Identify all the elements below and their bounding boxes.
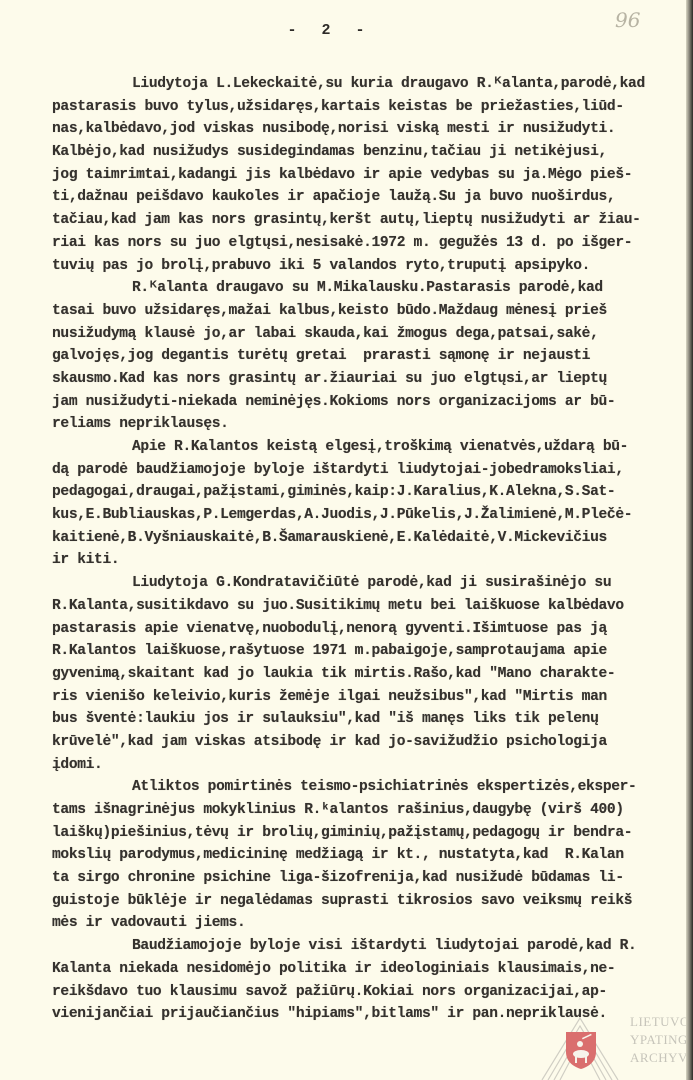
text-line: R.Kalantos laiškuose,rašytuose 1971 m.pa… xyxy=(52,640,692,663)
text-line: mės ir vadovauti jiems. xyxy=(52,912,692,935)
text-line: R.ᴷalanta draugavo su M.Mikalausku.Pasta… xyxy=(52,277,692,300)
text-line: dą parodė baudžiamojoje byloje ištardyti… xyxy=(52,459,692,482)
text-line: tuvių pas jo brolį,prabuvo iki 5 valando… xyxy=(52,255,692,278)
text-line: ti,dažnau peišdavo kaukoles ir apačioje … xyxy=(52,186,692,209)
text-line: galvojęs,jog degantis turėtų gretai prar… xyxy=(52,345,692,368)
text-line: įdomi. xyxy=(52,754,692,777)
text-line: jam nusižudyti-niekada neminėjęs.Kokioms… xyxy=(52,391,692,414)
watermark-line-3: ARCHYVAS xyxy=(630,1050,693,1066)
text-line: Kalanta niekada nesidomėjo politika ir i… xyxy=(52,958,692,981)
text-line: Baudžiamojoje byloje visi ištardyti liud… xyxy=(52,935,692,958)
text-line: nusižudymą klausė jo,ar labai skauda,kai… xyxy=(52,323,692,346)
text-line: laiškų)piešinius,tėvų ir brolių,giminių,… xyxy=(52,822,692,845)
text-line: gyvenimą,skaitant kad jo laukia tik mirt… xyxy=(52,663,692,686)
archive-watermark: LIETUVOS YPATINGASIS ARCHYVAS xyxy=(532,1016,692,1080)
text-line: kus,E.Bubliauskas,P.Lemgerdas,A.Juodis,J… xyxy=(52,504,692,527)
watermark-line-2: YPATINGASIS xyxy=(630,1032,693,1048)
document-page: - 2 - 96 Liudytoja L.Lekeckaitė,su kuria… xyxy=(0,0,686,1080)
watermark-line-1: LIETUVOS xyxy=(630,1014,693,1030)
text-line: kaitienė,B.Vyšniauskaitė,B.Šamarauskienė… xyxy=(52,527,692,550)
text-line: pastarasis apie vienatvę,nuobodulį,nenor… xyxy=(52,618,692,641)
page-number: - 2 - xyxy=(0,22,660,39)
archive-sheet-number: 96 xyxy=(615,8,640,32)
text-line: tačiau,kad jam kas nors grasintų,keršt a… xyxy=(52,209,692,232)
vytis-coat-of-arms-icon xyxy=(564,1030,598,1070)
page-edge-shadow xyxy=(686,0,693,1080)
text-line: Liudytoja L.Lekeckaitė,su kuria draugavo… xyxy=(52,73,692,96)
text-line: R.Kalanta,susitikdavo su juo.Susitikimų … xyxy=(52,595,692,618)
text-line: jog taimrimtai,kadangi jis kalbėdavo ir … xyxy=(52,164,692,187)
text-line: Kalbėjo,kad nusižudys susidegindamas ben… xyxy=(52,141,692,164)
text-line: ta sirgo chronine psichine liga-šizofren… xyxy=(52,867,692,890)
text-line: guistoje būklėje ir negalėdamas suprasti… xyxy=(52,890,692,913)
text-line: reliams nepriklausęs. xyxy=(52,413,692,436)
text-line: tasai buvo užsidaręs,mažai kalbus,keisto… xyxy=(52,300,692,323)
text-line: Liudytoja G.Kondratavičiūtė parodė,kad j… xyxy=(52,572,692,595)
text-line: riai kas nors su juo elgtųsi,nesisakė.19… xyxy=(52,232,692,255)
text-line: Apie R.Kalantos keistą elgesį,troškimą v… xyxy=(52,436,692,459)
text-line: bus šventė:laukiu jos ir sulauksiu",kad … xyxy=(52,708,692,731)
text-line: pastarasis buvo tylus,užsidaręs,kartais … xyxy=(52,96,692,119)
text-line: nas,kalbėdavo,jod viskas nusibodę,norisi… xyxy=(52,118,692,141)
text-line: ir kiti. xyxy=(52,549,692,572)
document-body: Liudytoja L.Lekeckaitė,su kuria draugavo… xyxy=(52,73,692,1026)
text-line: pedagogai,draugai,pažįstami,giminės,kaip… xyxy=(52,481,692,504)
text-line: krūvelė",kad jam viskas atsibodę ir kad … xyxy=(52,731,692,754)
text-line: tams išnagrinėjus mokyklinius R.ᵏalantos… xyxy=(52,799,692,822)
text-line: reikšdavo tuo klausimu savož pažiūrų.Kok… xyxy=(52,981,692,1004)
text-line: Atliktos pomirtinės teismo-psichiatrinės… xyxy=(52,776,692,799)
text-line: mokslių parodymus,medicininę medžiagą ir… xyxy=(52,844,692,867)
text-line: ris vienišo keleivio,kuris žemėje ilgai … xyxy=(52,686,692,709)
text-line: skausmo.Kad kas nors grasintų ar.žiauria… xyxy=(52,368,692,391)
